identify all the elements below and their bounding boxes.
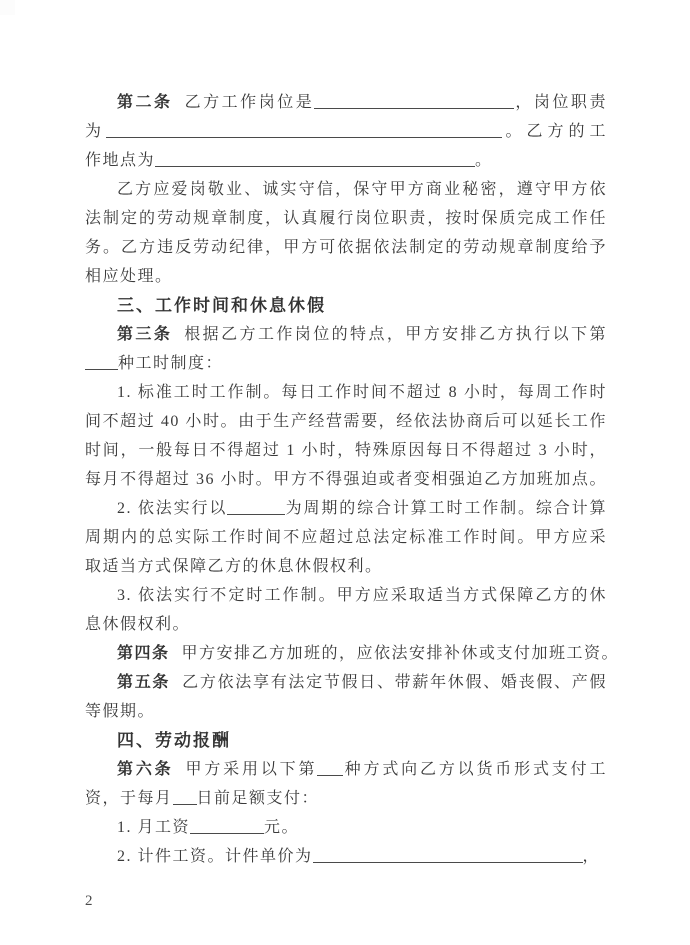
doc-line: 周期内的总实际工作时间不应超过总法定标准工作时间。甲方应采 <box>85 523 607 552</box>
doc-line: 乙方应爱岗敬业、诚实守信，保守甲方商业秘密，遵守甲方依 <box>85 175 607 204</box>
text-run: 2. 依法实行以 <box>117 500 227 517</box>
text-run: 3. 依法实行不定时工作制。甲方应采取适当方式保障乙方的休 <box>117 587 607 604</box>
doc-line: 第六条甲方采用以下第种方式向乙方以货币形式支付工 <box>85 755 607 784</box>
fill-in-blank <box>155 151 475 167</box>
fill-in-blank <box>313 847 583 863</box>
text-run: 间不超过 40 小时。由于生产经营需要，经依法协商后可以延长工作 <box>85 413 607 430</box>
section-heading: 四、劳动报酬 <box>85 726 607 755</box>
doc-line: 法制定的劳动规章制度，认真履行岗位职责，按时保质完成工作任 <box>85 204 607 233</box>
clause-label: 三、工作时间和休息休假 <box>117 296 326 315</box>
doc-line: 每月不得超过 36 小时。甲方不得强迫或者变相强迫乙方加班加点。 <box>85 465 607 494</box>
text-run: 等假期。 <box>85 703 155 720</box>
scan-corner-artifact <box>0 0 15 15</box>
doc-line: 2. 依法实行以为周期的综合计算工时工作制。综合计算 <box>85 494 607 523</box>
fill-in-blank <box>317 760 343 776</box>
doc-line: 取适当方式保障乙方的休息休假权利。 <box>85 552 607 581</box>
fill-in-blank <box>85 354 118 370</box>
page-number: 2 <box>85 893 93 910</box>
fill-in-blank <box>190 818 264 834</box>
doc-line: 息休假权利。 <box>85 610 607 639</box>
text-run: 乙方工作岗位是 <box>185 94 315 111</box>
text-run: 相应处理。 <box>85 268 173 285</box>
clause-label: 第四条 <box>117 645 170 662</box>
text-run: 务。乙方违反劳动纪律，甲方可依据依法制定的劳动规章制度给予 <box>85 239 607 256</box>
doc-line: 相应处理。 <box>85 262 607 291</box>
fill-in-blank <box>314 93 514 109</box>
doc-line: 等假期。 <box>85 697 607 726</box>
text-run: 息休假权利。 <box>85 616 190 633</box>
text-run: 日前足额支付： <box>197 790 320 807</box>
doc-line: 种工时制度： <box>85 349 607 378</box>
doc-line: 间不超过 40 小时。由于生产经营需要，经依法协商后可以延长工作 <box>85 407 607 436</box>
text-run: 时间，一般每日不得超过 1 小时，特殊原因每日不得超过 3 小时， <box>85 442 607 459</box>
text-run: 1. 月工资 <box>117 819 190 836</box>
text-run: 乙方应爱岗敬业、诚实守信，保守甲方商业秘密，遵守甲方依 <box>117 181 607 198</box>
text-run: 每月不得超过 36 小时。甲方不得强迫或者变相强迫乙方加班加点。 <box>85 471 607 488</box>
text-run: 种方式向乙方以货币形式支付工 <box>343 761 607 778</box>
text-run: 元。 <box>264 819 299 836</box>
contract-page-body: 第二条乙方工作岗位是，岗位职责为。乙方的工作地点为。乙方应爱岗敬业、诚实守信，保… <box>85 88 607 871</box>
text-run: 种工时制度： <box>118 355 223 372</box>
clause-label: 第五条 <box>117 674 170 691</box>
clause-label: 第三条 <box>117 326 172 343</box>
doc-line: 第三条根据乙方工作岗位的特点，甲方安排乙方执行以下第 <box>85 320 607 349</box>
doc-line: 为。乙方的工 <box>85 117 607 146</box>
text-run: 周期内的总实际工作时间不应超过总法定标准工作时间。甲方应采 <box>85 529 607 546</box>
text-run: 根据乙方工作岗位的特点，甲方安排乙方执行以下第 <box>184 326 607 343</box>
text-run: 乙方依法享有法定节假日、带薪年休假、婚丧假、产假 <box>182 674 607 691</box>
text-run: 甲方安排乙方加班的，应依法安排补休或支付加班工资。 <box>182 645 620 662</box>
doc-line: 作地点为。 <box>85 146 607 175</box>
text-run: 甲方采用以下第 <box>186 761 318 778</box>
fill-in-blank <box>173 789 197 805</box>
doc-line: 2. 计件工资。计件单价为， <box>85 842 607 871</box>
doc-line: 第五条乙方依法享有法定节假日、带薪年休假、婚丧假、产假 <box>85 668 607 697</box>
text-run: 取适当方式保障乙方的休息休假权利。 <box>85 558 383 575</box>
doc-line: 1. 月工资元。 <box>85 813 607 842</box>
text-run: 作地点为 <box>85 152 155 169</box>
doc-line: 资，于每月日前足额支付： <box>85 784 607 813</box>
text-run: 资，于每月 <box>85 790 173 807</box>
clause-label: 第六条 <box>117 761 174 778</box>
text-run: 。 <box>475 152 493 169</box>
text-run: 2. 计件工资。计件单价为 <box>117 848 313 865</box>
text-run: 1. 标准工时工作制。每日工作时间不超过 8 小时，每周工作时 <box>117 384 607 401</box>
doc-line: 1. 标准工时工作制。每日工作时间不超过 8 小时，每周工作时 <box>85 378 607 407</box>
clause-label: 第二条 <box>117 94 173 111</box>
clause-label: 四、劳动报酬 <box>117 731 231 750</box>
fill-in-blank <box>106 122 502 138</box>
doc-line: 时间，一般每日不得超过 1 小时，特殊原因每日不得超过 3 小时， <box>85 436 607 465</box>
text-run: ， <box>583 848 601 865</box>
text-run: 。乙方的工 <box>502 123 607 140</box>
section-heading: 三、工作时间和休息休假 <box>85 291 607 320</box>
text-run: 为周期的综合计算工时工作制。综合计算 <box>285 500 607 517</box>
doc-line: 务。乙方违反劳动纪律，甲方可依据依法制定的劳动规章制度给予 <box>85 233 607 262</box>
doc-line: 3. 依法实行不定时工作制。甲方应采取适当方式保障乙方的休 <box>85 581 607 610</box>
doc-line: 第二条乙方工作岗位是，岗位职责 <box>85 88 607 117</box>
text-run: 为 <box>85 123 106 140</box>
fill-in-blank <box>227 499 285 515</box>
text-run: 法制定的劳动规章制度，认真履行岗位职责，按时保质完成工作任 <box>85 210 607 227</box>
doc-line: 第四条甲方安排乙方加班的，应依法安排补休或支付加班工资。 <box>85 639 607 668</box>
text-run: ，岗位职责 <box>514 94 607 111</box>
